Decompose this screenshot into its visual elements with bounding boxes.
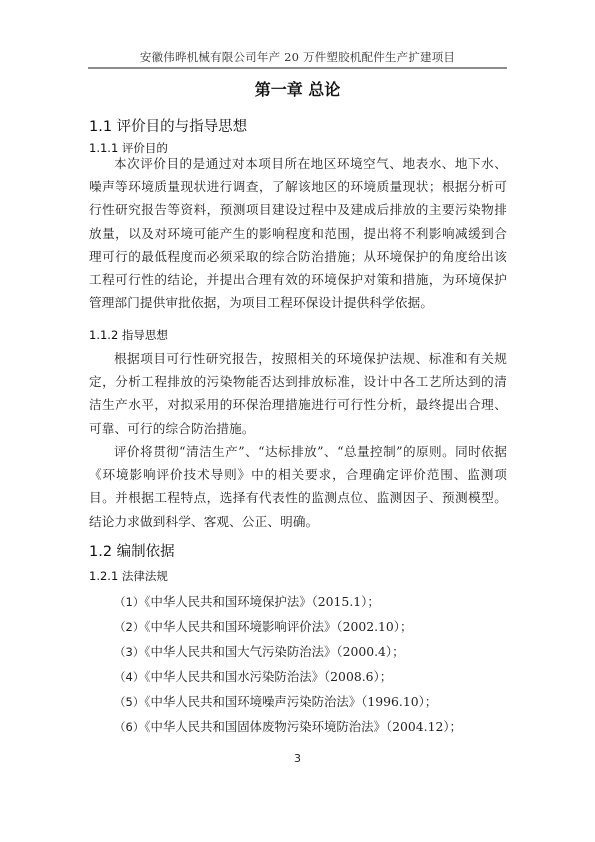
- header-divider: [88, 67, 507, 69]
- list-text: 《中华人民共和国大气污染防治法》（2000.4）；: [144, 644, 404, 659]
- list-number: （6）: [114, 720, 144, 734]
- page-number: 3: [0, 752, 595, 765]
- subsection-heading-1-1-2: 1.1.2 指导思想: [89, 327, 168, 343]
- law-list-item: （5）《中华人民共和国环境噪声污染防治法》（1996.10）；: [114, 692, 437, 710]
- subsection-heading-1-2-1: 1.2.1 法律法规: [89, 568, 168, 584]
- law-list-item: （2）《中华人民共和国环境影响评价法》（2002.10）；: [114, 617, 412, 635]
- list-number: （4）: [114, 670, 144, 684]
- law-list-item: （6）《中华人民共和国固体废物污染环境防治法》（2004.12）；: [114, 717, 462, 735]
- section-heading-1-1: 1.1 评价目的与指导思想: [89, 115, 247, 136]
- list-number: （5）: [114, 695, 144, 709]
- law-list-item: （3）《中华人民共和国大气污染防治法》（2000.4）；: [114, 642, 405, 660]
- list-text: 《中华人民共和国环境影响评价法》（2002.10）；: [144, 619, 412, 634]
- law-list-item: （1）《中华人民共和国环境保护法》（2015.1）；: [114, 592, 380, 610]
- running-header: 安徽伟晔机械有限公司年产 20 万件塑胶机配件生产扩建项目: [88, 49, 507, 65]
- list-text: 《中华人民共和国环境保护法》（2015.1）；: [144, 594, 379, 609]
- section-heading-1-2: 1.2 编制依据: [89, 540, 175, 561]
- paragraph-guiding-thought-1: 根据项目可行性研究报告，按照相关的环境保护法规、标准和有关规定，分析工程排放的污…: [89, 347, 507, 440]
- law-list-item: （4）《中华人民共和国水污染防治法》（2008.6）；: [114, 667, 392, 685]
- list-text: 《中华人民共和国环境噪声污染防治法》（1996.10）；: [144, 694, 437, 709]
- list-number: （3）: [114, 645, 144, 659]
- paragraph-evaluation-purpose: 本次评价目的是通过对本项目所在地区环境空气、地表水、地下水、噪声等环境质量现状进…: [89, 152, 507, 314]
- chapter-title: 第一章 总论: [88, 77, 507, 100]
- list-text: 《中华人民共和国固体废物污染环境防治法》（2004.12）；: [144, 719, 462, 734]
- paragraph-guiding-thought-2: 评价将贯彻“清洁生产”、“达标排放”、“总量控制”的原则。同时依据《环境影响评价…: [89, 440, 507, 533]
- list-number: （1）: [114, 595, 144, 609]
- list-number: （2）: [114, 620, 144, 634]
- document-page: 安徽伟晔机械有限公司年产 20 万件塑胶机配件生产扩建项目 第一章 总论 1.1…: [0, 0, 595, 842]
- list-text: 《中华人民共和国水污染防治法》（2008.6）；: [144, 669, 392, 684]
